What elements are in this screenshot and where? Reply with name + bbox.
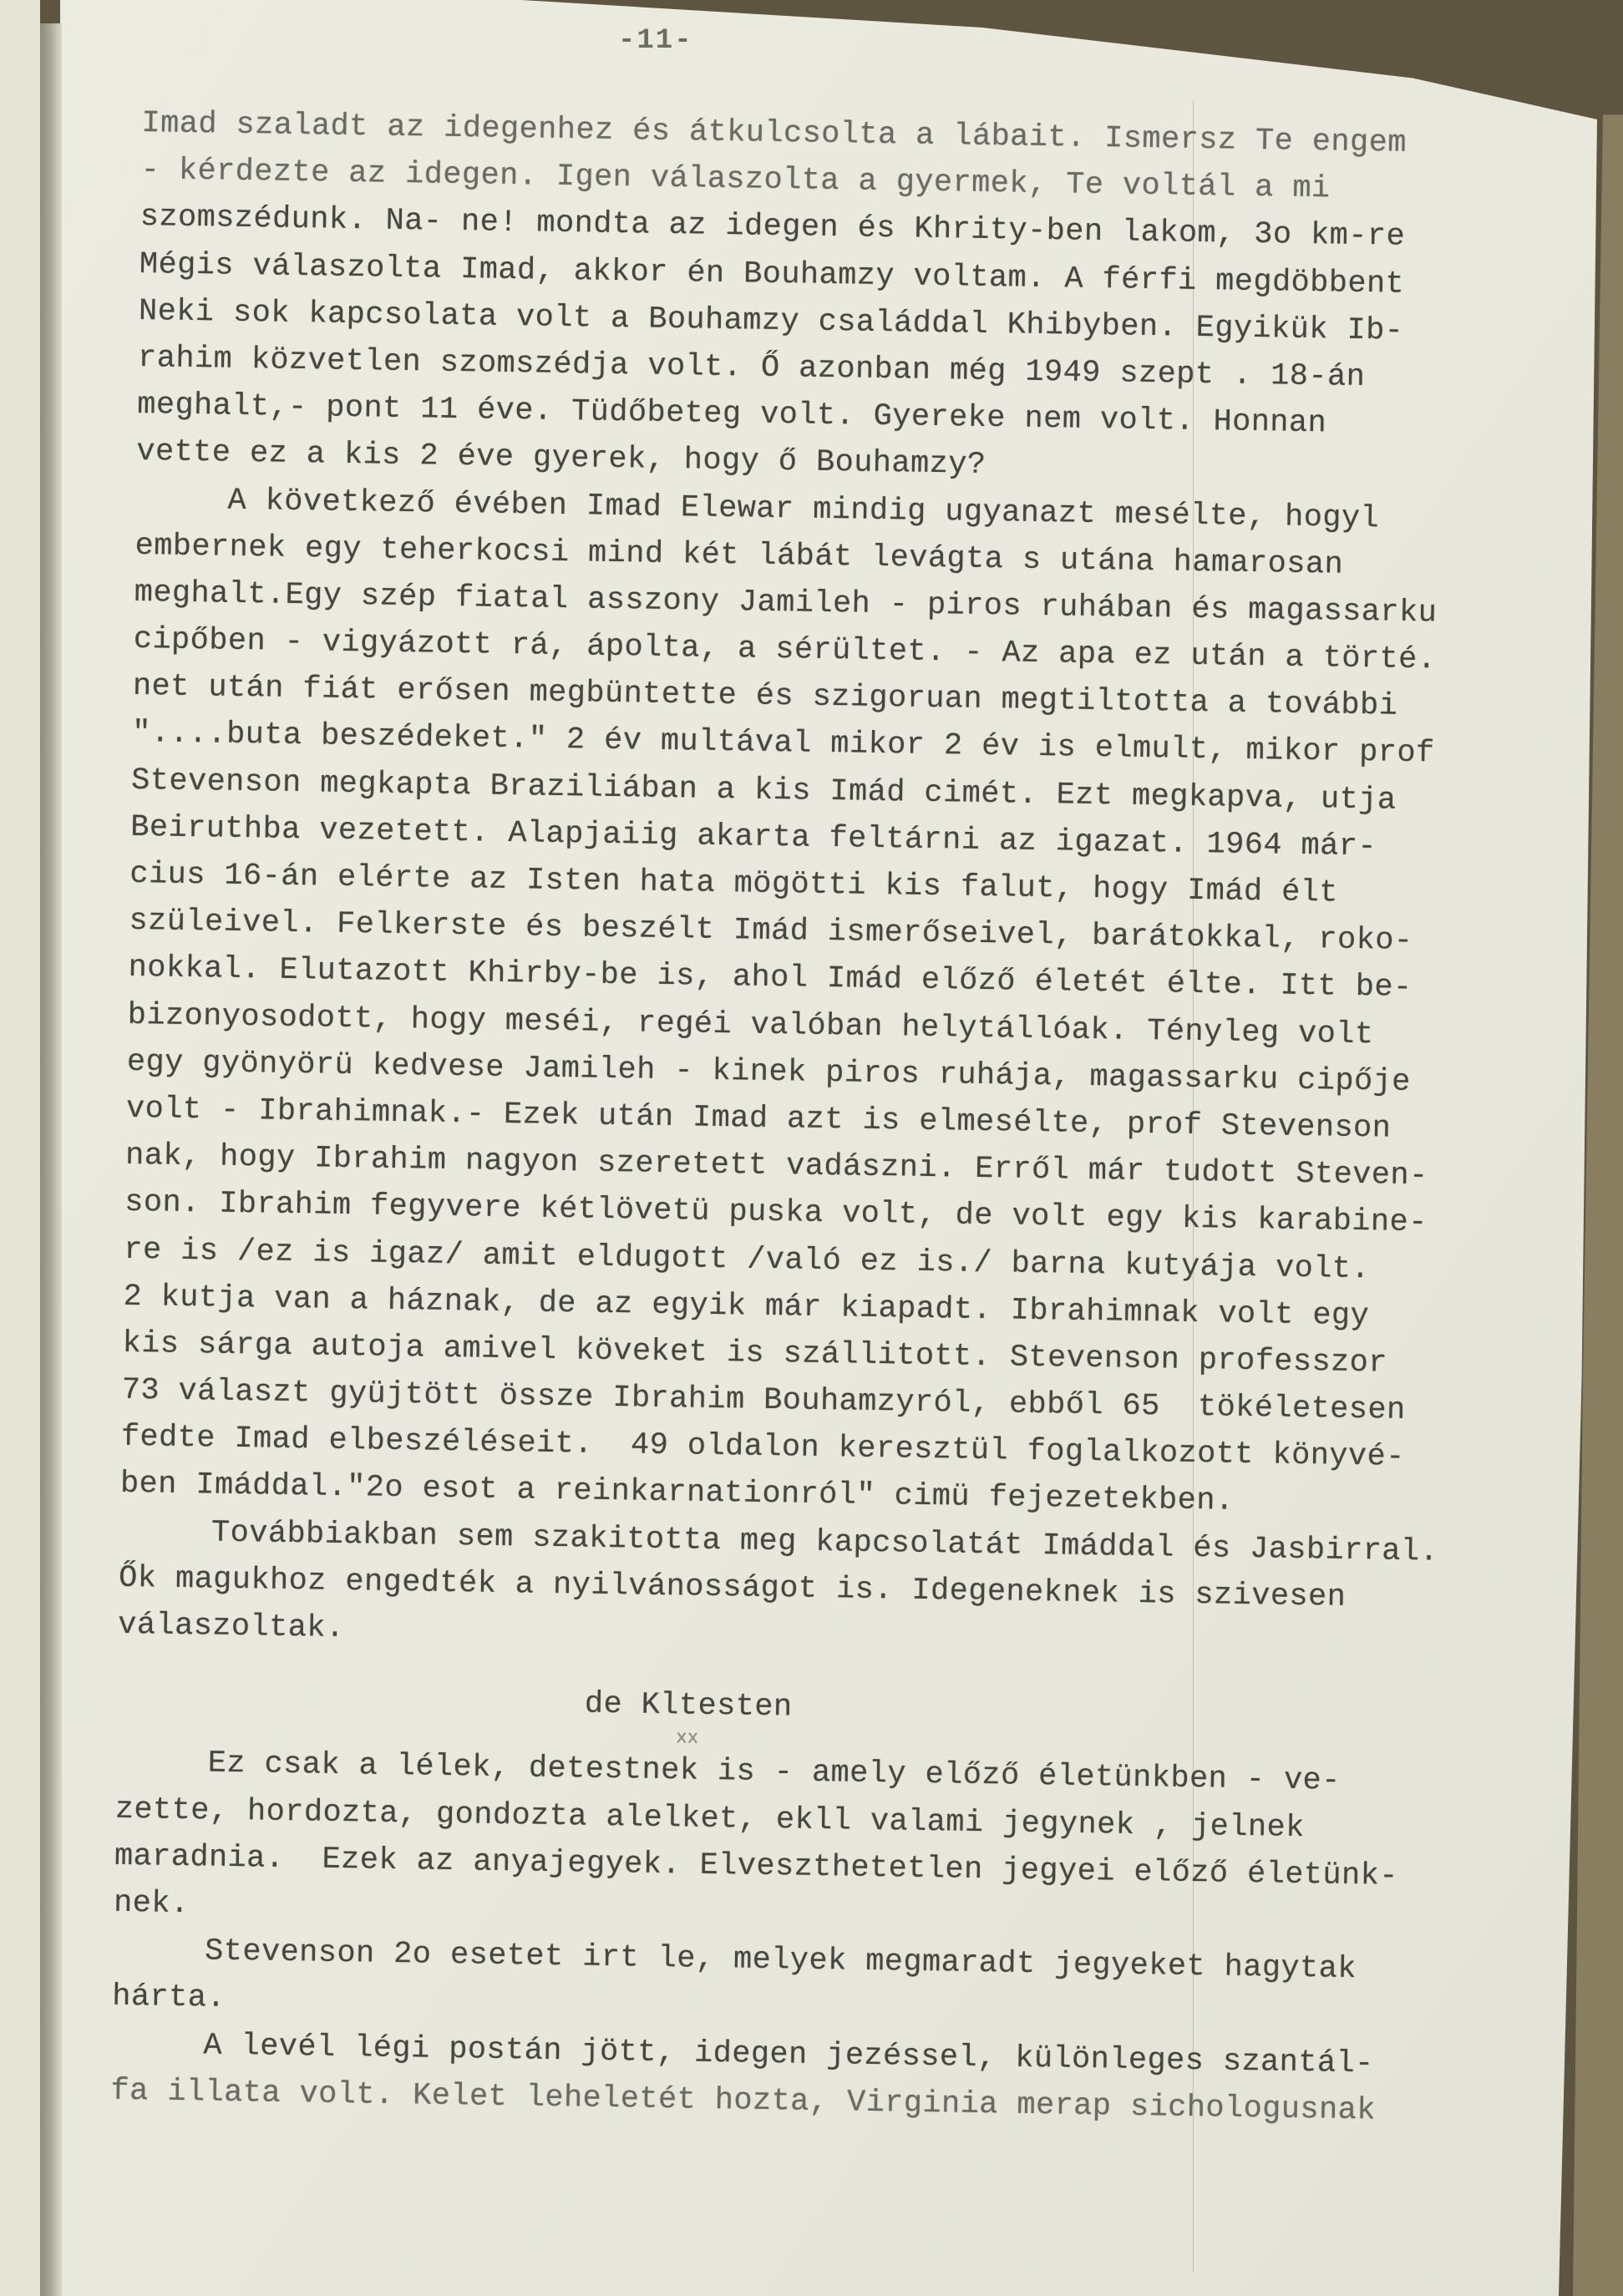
background-surface xyxy=(0,0,40,2296)
document-body: Imad szaladt az idegenhez és átkulcsolta… xyxy=(110,100,1562,2136)
page-edge-shadow xyxy=(40,23,62,2296)
page-number: -11- xyxy=(618,25,693,57)
